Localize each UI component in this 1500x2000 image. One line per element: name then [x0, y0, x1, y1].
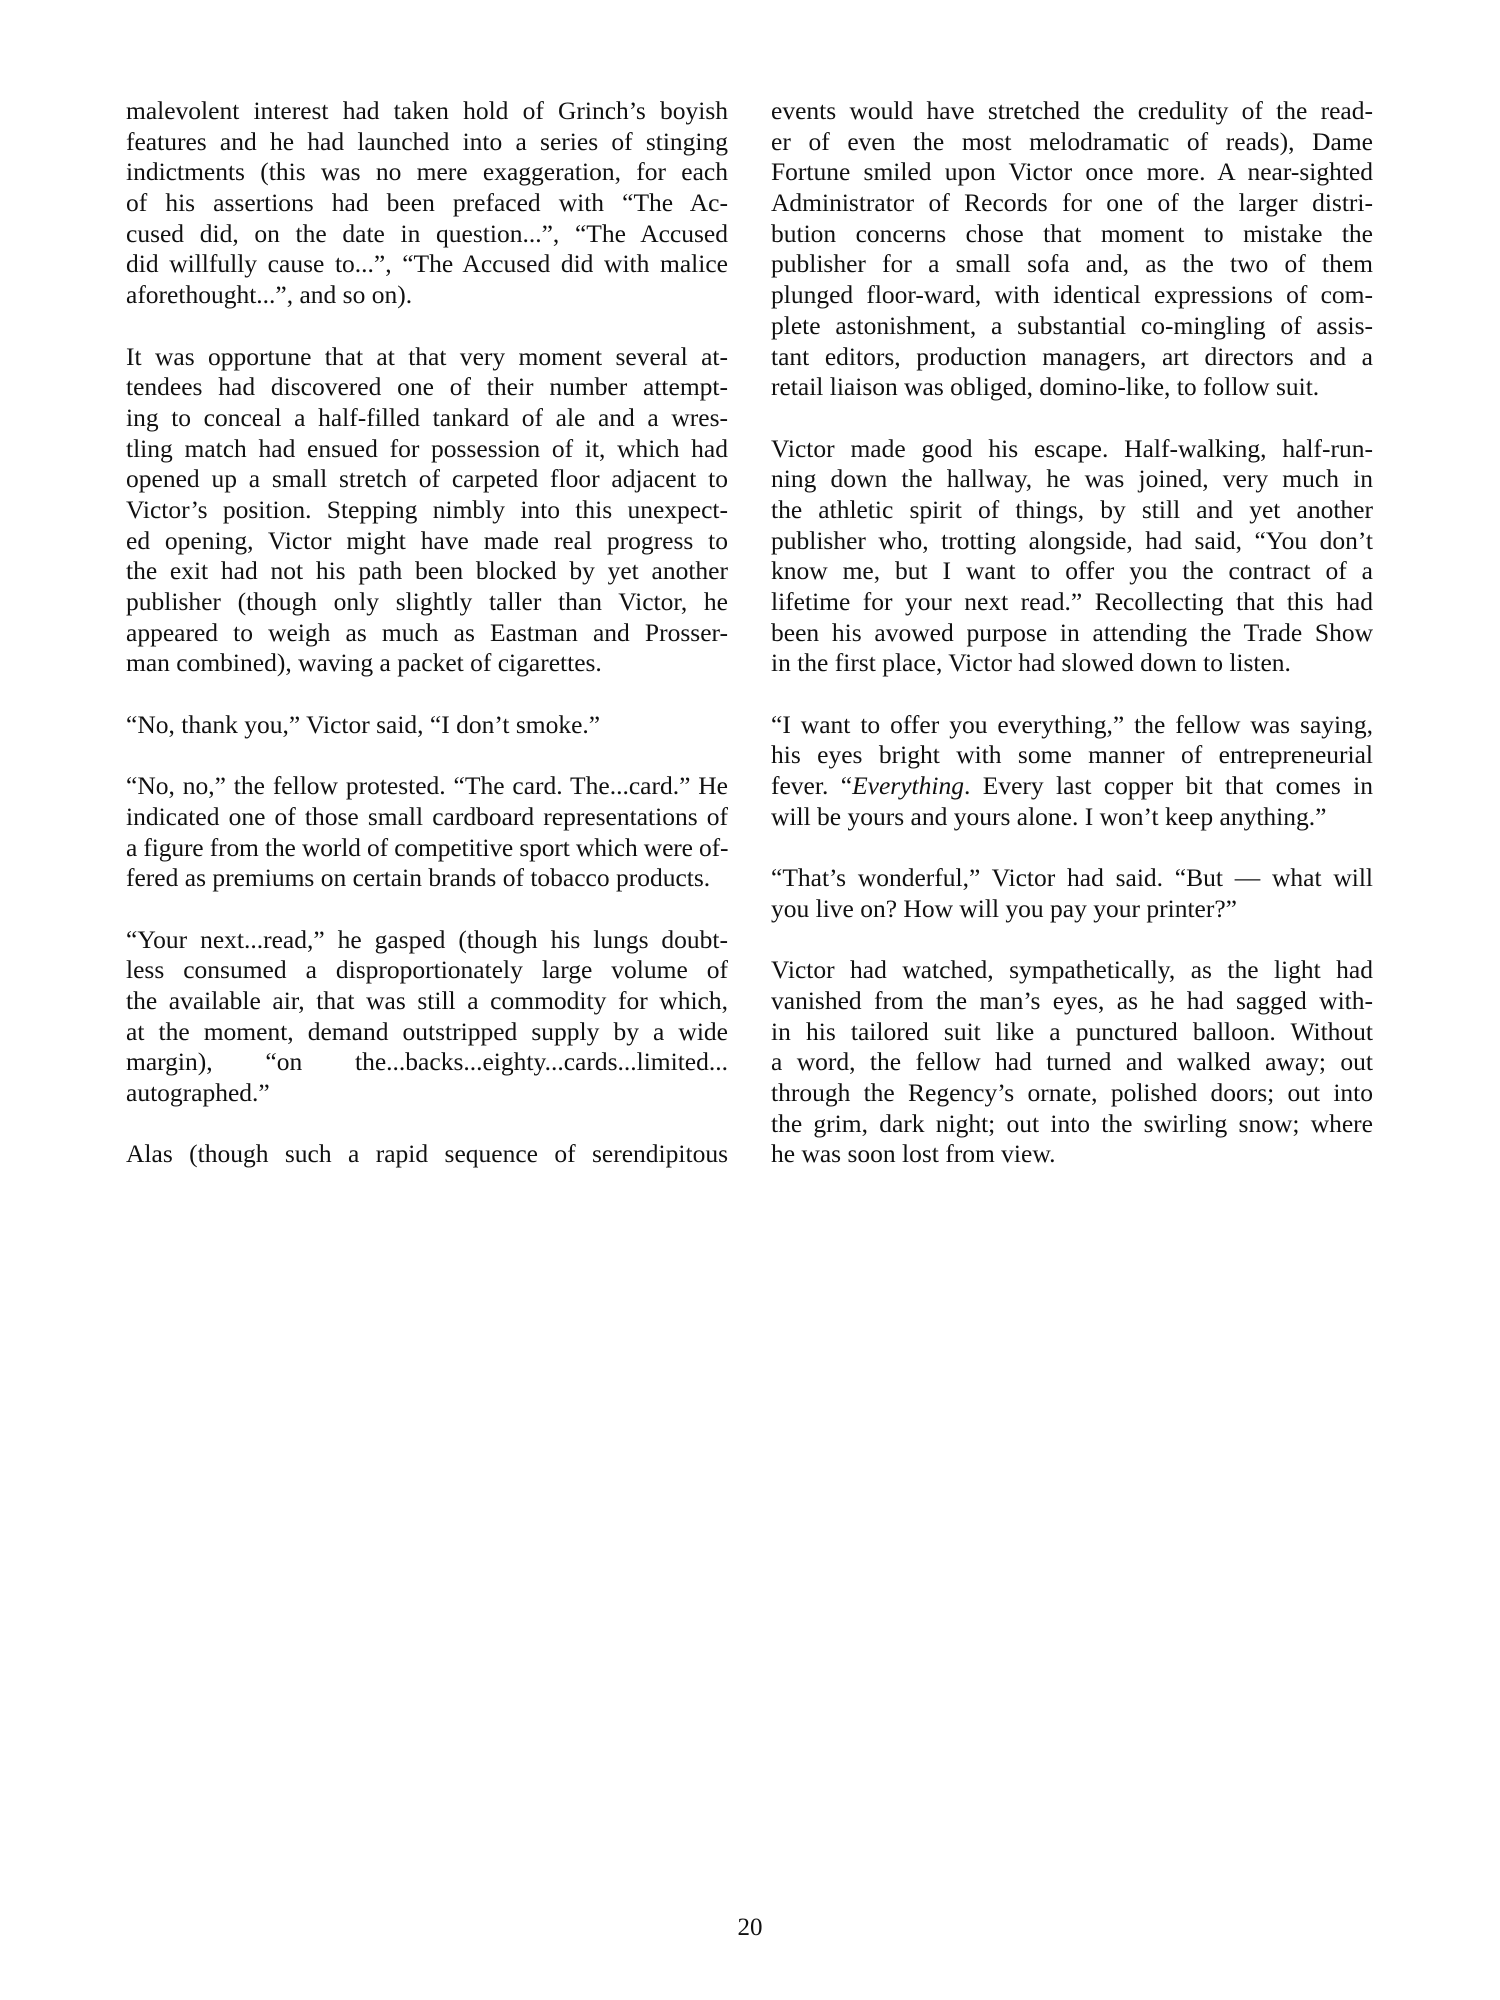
text-line: less consumed a disproportionately large…: [126, 955, 728, 986]
text-line: at the moment, demand outstripped supply…: [126, 1017, 728, 1048]
paragraph: It was opportune that at that very momen…: [126, 342, 728, 680]
text-line: through the Regency’s ornate, polished d…: [771, 1078, 1373, 1109]
paragraph: Victor had watched, sympathetically, as …: [771, 955, 1373, 1170]
text-line: the exit had not his path been blocked b…: [126, 556, 728, 587]
text-line: the athletic spirit of things, by still …: [771, 495, 1373, 526]
text-line: margin), “on the...backs...eighty...card…: [126, 1047, 728, 1078]
text-line: events would have stretched the credulit…: [771, 96, 1373, 127]
text-line: tling match had ensued for possession of…: [126, 434, 728, 465]
text-line: cused did, on the date in question...”, …: [126, 219, 728, 250]
text-line: “No, no,” the fellow protested. “The car…: [126, 771, 728, 802]
text-line: “No, thank you,” Victor said, “I don’t s…: [126, 710, 728, 741]
left-column: malevolent interest had taken hold of Gr…: [126, 96, 728, 1201]
text-line: publisher for a small sofa and, as the t…: [771, 249, 1373, 280]
text-line: Victor made good his escape. Half-walkin…: [771, 434, 1373, 465]
text-line: appeared to weigh as much as Eastman and…: [126, 618, 728, 649]
text-line: he was soon lost from view.: [771, 1139, 1373, 1170]
text-line: plete astonishment, a substantial co-min…: [771, 311, 1373, 342]
text-line: indicated one of those small cardboard r…: [126, 802, 728, 833]
text-line: publisher (though only slightly taller t…: [126, 587, 728, 618]
text-line: ning down the hallway, he was joined, ve…: [771, 464, 1373, 495]
text-line: did willfully cause to...”, “The Accused…: [126, 249, 728, 280]
text-line: the grim, dark night; out into the swirl…: [771, 1109, 1373, 1140]
text-line: know me, but I want to offer you the con…: [771, 556, 1373, 587]
text-line: “I want to offer you everything,” the fe…: [771, 710, 1373, 741]
text-line: a word, the fellow had turned and walked…: [771, 1047, 1373, 1078]
paragraph: “No, thank you,” Victor said, “I don’t s…: [126, 710, 728, 741]
text-line: will be yours and yours alone. I won’t k…: [771, 802, 1373, 833]
text-line: in the first place, Victor had slowed do…: [771, 648, 1373, 679]
text-line: of his assertions had been prefaced with…: [126, 188, 728, 219]
paragraph: malevolent interest had taken hold of Gr…: [126, 96, 728, 311]
text-line: you live on? How will you pay your print…: [771, 894, 1373, 925]
text-line: publisher who, trotting alongside, had s…: [771, 526, 1373, 557]
paragraph: Alas (though such a rapid sequence of se…: [126, 1139, 728, 1170]
text-line: Administrator of Records for one of the …: [771, 188, 1373, 219]
text-run: . Every last copper bit that comes in: [964, 771, 1373, 800]
document-page: malevolent interest had taken hold of Gr…: [0, 0, 1500, 2000]
text-line: Alas (though such a rapid sequence of se…: [126, 1139, 728, 1170]
text-line: bution concerns chose that moment to mis…: [771, 219, 1373, 250]
text-line: er of even the most melodramatic of read…: [771, 127, 1373, 158]
text-line: the available air, that was still a comm…: [126, 986, 728, 1017]
text-line: vanished from the man’s eyes, as he had …: [771, 986, 1373, 1017]
text-line: lifetime for your next read.” Recollecti…: [771, 587, 1373, 618]
text-line: fever. “Everything. Every last copper bi…: [771, 771, 1373, 802]
text-line: ed opening, Victor might have made real …: [126, 526, 728, 557]
text-line: opened up a small stretch of carpeted fl…: [126, 464, 728, 495]
text-line: fered as premiums on certain brands of t…: [126, 863, 728, 894]
text-line: a figure from the world of competitive s…: [126, 833, 728, 864]
text-line: plunged floor-ward, with identical expre…: [771, 280, 1373, 311]
text-line: been his avowed purpose in attending the…: [771, 618, 1373, 649]
paragraph: Victor made good his escape. Half-walkin…: [771, 434, 1373, 680]
text-line: Victor’s position. Stepping nimbly into …: [126, 495, 728, 526]
text-line: his eyes bright with some manner of entr…: [771, 740, 1373, 771]
text-line: in his tailored suit like a punctured ba…: [771, 1017, 1373, 1048]
text-run: fever. “: [771, 771, 852, 800]
text-line: retail liaison was obliged, domino-like,…: [771, 372, 1373, 403]
page-number: 20: [0, 1914, 1500, 1942]
text-line: features and he had launched into a seri…: [126, 127, 728, 158]
paragraph: events would have stretched the credulit…: [771, 96, 1373, 403]
right-column: events would have stretched the credulit…: [771, 96, 1373, 1201]
text-line: autographed.”: [126, 1078, 728, 1109]
text-line: It was opportune that at that very momen…: [126, 342, 728, 373]
text-line: “Your next...read,” he gasped (though hi…: [126, 925, 728, 956]
text-line: “That’s wonderful,” Victor had said. “Bu…: [771, 863, 1373, 894]
text-line: ing to conceal a half-filled tankard of …: [126, 403, 728, 434]
paragraph: “Your next...read,” he gasped (though hi…: [126, 925, 728, 1109]
text-line: indictments (this was no mere exaggerati…: [126, 157, 728, 188]
text-line: Fortune smiled upon Victor once more. A …: [771, 157, 1373, 188]
text-line: Victor had watched, sympathetically, as …: [771, 955, 1373, 986]
paragraph: “That’s wonderful,” Victor had said. “Bu…: [771, 863, 1373, 924]
text-line: man combined), waving a packet of cigare…: [126, 648, 728, 679]
paragraph: “I want to offer you everything,” the fe…: [771, 710, 1373, 833]
text-line: aforethought...”, and so on).: [126, 280, 728, 311]
text-line: tant editors, production managers, art d…: [771, 342, 1373, 373]
paragraph: “No, no,” the fellow protested. “The car…: [126, 771, 728, 894]
text-line: tendees had discovered one of their numb…: [126, 372, 728, 403]
italic-emphasis: Everything: [852, 771, 964, 800]
text-line: malevolent interest had taken hold of Gr…: [126, 96, 728, 127]
